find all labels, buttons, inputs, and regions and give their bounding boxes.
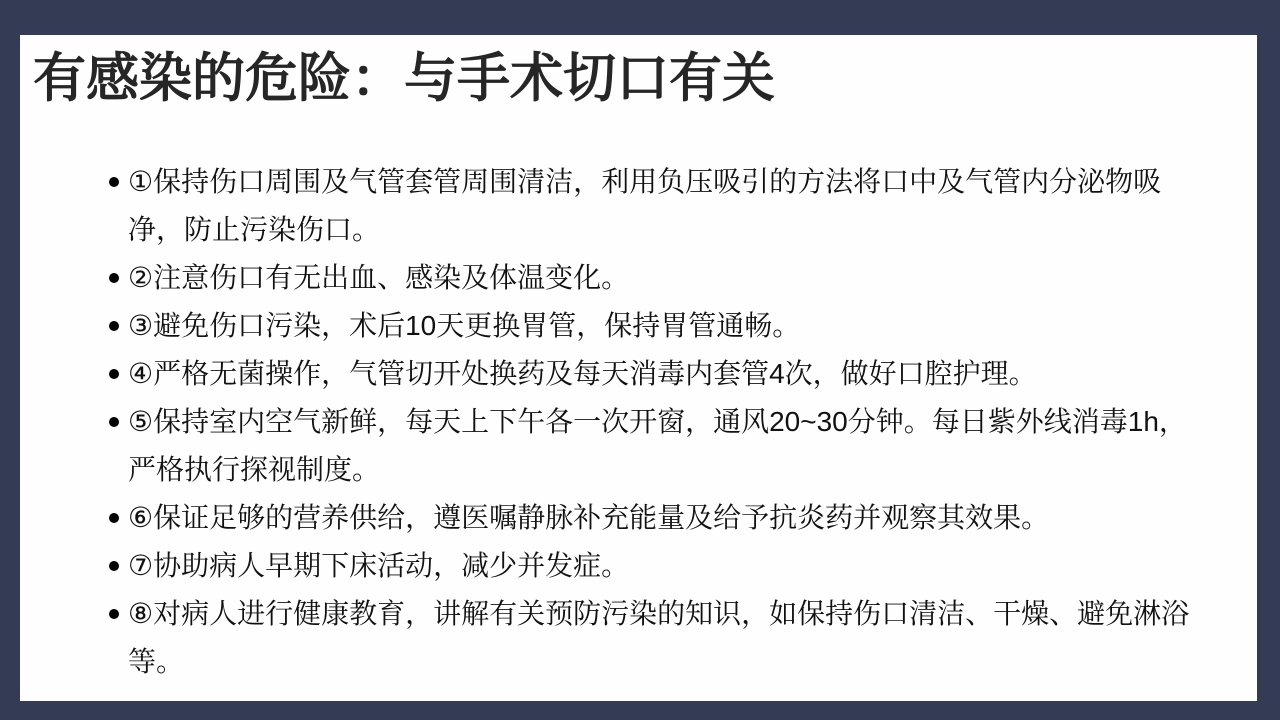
bullet-item: ①保持伤口周围及气管套管周围清洁，利用负压吸引的方法将口中及气管内分泌物吸净，防…	[128, 158, 1190, 254]
bullet-text: ⑧对病人进行健康教育，讲解有关预防污染的知识，如保持伤口清洁、干燥、避免淋浴等。	[128, 598, 1189, 677]
bullet-text: ②注意伤口有无出血、感染及体温变化。	[128, 262, 629, 293]
bullet-text: ⑤保持室内空气新鲜，每天上下午各一次开窗，通风20~30分钟。每日紫外线消毒1h…	[128, 406, 1187, 485]
bullet-dot-icon	[109, 417, 119, 427]
bullet-dot-icon	[109, 177, 119, 187]
bullet-dot-icon	[109, 321, 119, 331]
bullet-dot-icon	[109, 609, 119, 619]
bullet-text: ①保持伤口周围及气管套管周围清洁，利用负压吸引的方法将口中及气管内分泌物吸净，防…	[128, 166, 1161, 245]
bullet-dot-icon	[109, 369, 119, 379]
bullet-text: ⑥保证足够的营养供给，遵医嘱静脉补充能量及给予抗炎药并观察其效果。	[128, 502, 1049, 533]
bullet-item: ⑦协助病人早期下床活动，减少并发症。	[128, 542, 1190, 590]
bullet-item: ⑧对病人进行健康教育，讲解有关预防污染的知识，如保持伤口清洁、干燥、避免淋浴等。	[128, 590, 1190, 686]
bullet-dot-icon	[109, 273, 119, 283]
bullet-item: ③避免伤口污染，术后10天更换胃管，保持胃管通畅。	[128, 302, 1190, 350]
slide-content: 有感染的危险：与手术切口有关 ①保持伤口周围及气管套管周围清洁，利用负压吸引的方…	[20, 35, 1257, 701]
bullet-item: ④严格无菌操作，气管切开处换药及每天消毒内套管4次，做好口腔护理。	[128, 350, 1190, 398]
slide-title: 有感染的危险：与手术切口有关	[33, 49, 1257, 110]
slide-frame: 有感染的危险：与手术切口有关 ①保持伤口周围及气管套管周围清洁，利用负压吸引的方…	[0, 0, 1280, 720]
bullet-text: ④严格无菌操作，气管切开处换药及每天消毒内套管4次，做好口腔护理。	[128, 358, 1037, 389]
bullet-text: ⑦协助病人早期下床活动，减少并发症。	[128, 550, 629, 581]
bullet-list: ①保持伤口周围及气管套管周围清洁，利用负压吸引的方法将口中及气管内分泌物吸净，防…	[20, 158, 1190, 686]
bullet-item: ⑥保证足够的营养供给，遵医嘱静脉补充能量及给予抗炎药并观察其效果。	[128, 494, 1190, 542]
bullet-dot-icon	[109, 561, 119, 571]
bullet-text: ③避免伤口污染，术后10天更换胃管，保持胃管通畅。	[128, 310, 800, 341]
bullet-item: ⑤保持室内空气新鲜，每天上下午各一次开窗，通风20~30分钟。每日紫外线消毒1h…	[128, 398, 1190, 494]
bullet-item: ②注意伤口有无出血、感染及体温变化。	[128, 254, 1190, 302]
bullet-dot-icon	[109, 513, 119, 523]
